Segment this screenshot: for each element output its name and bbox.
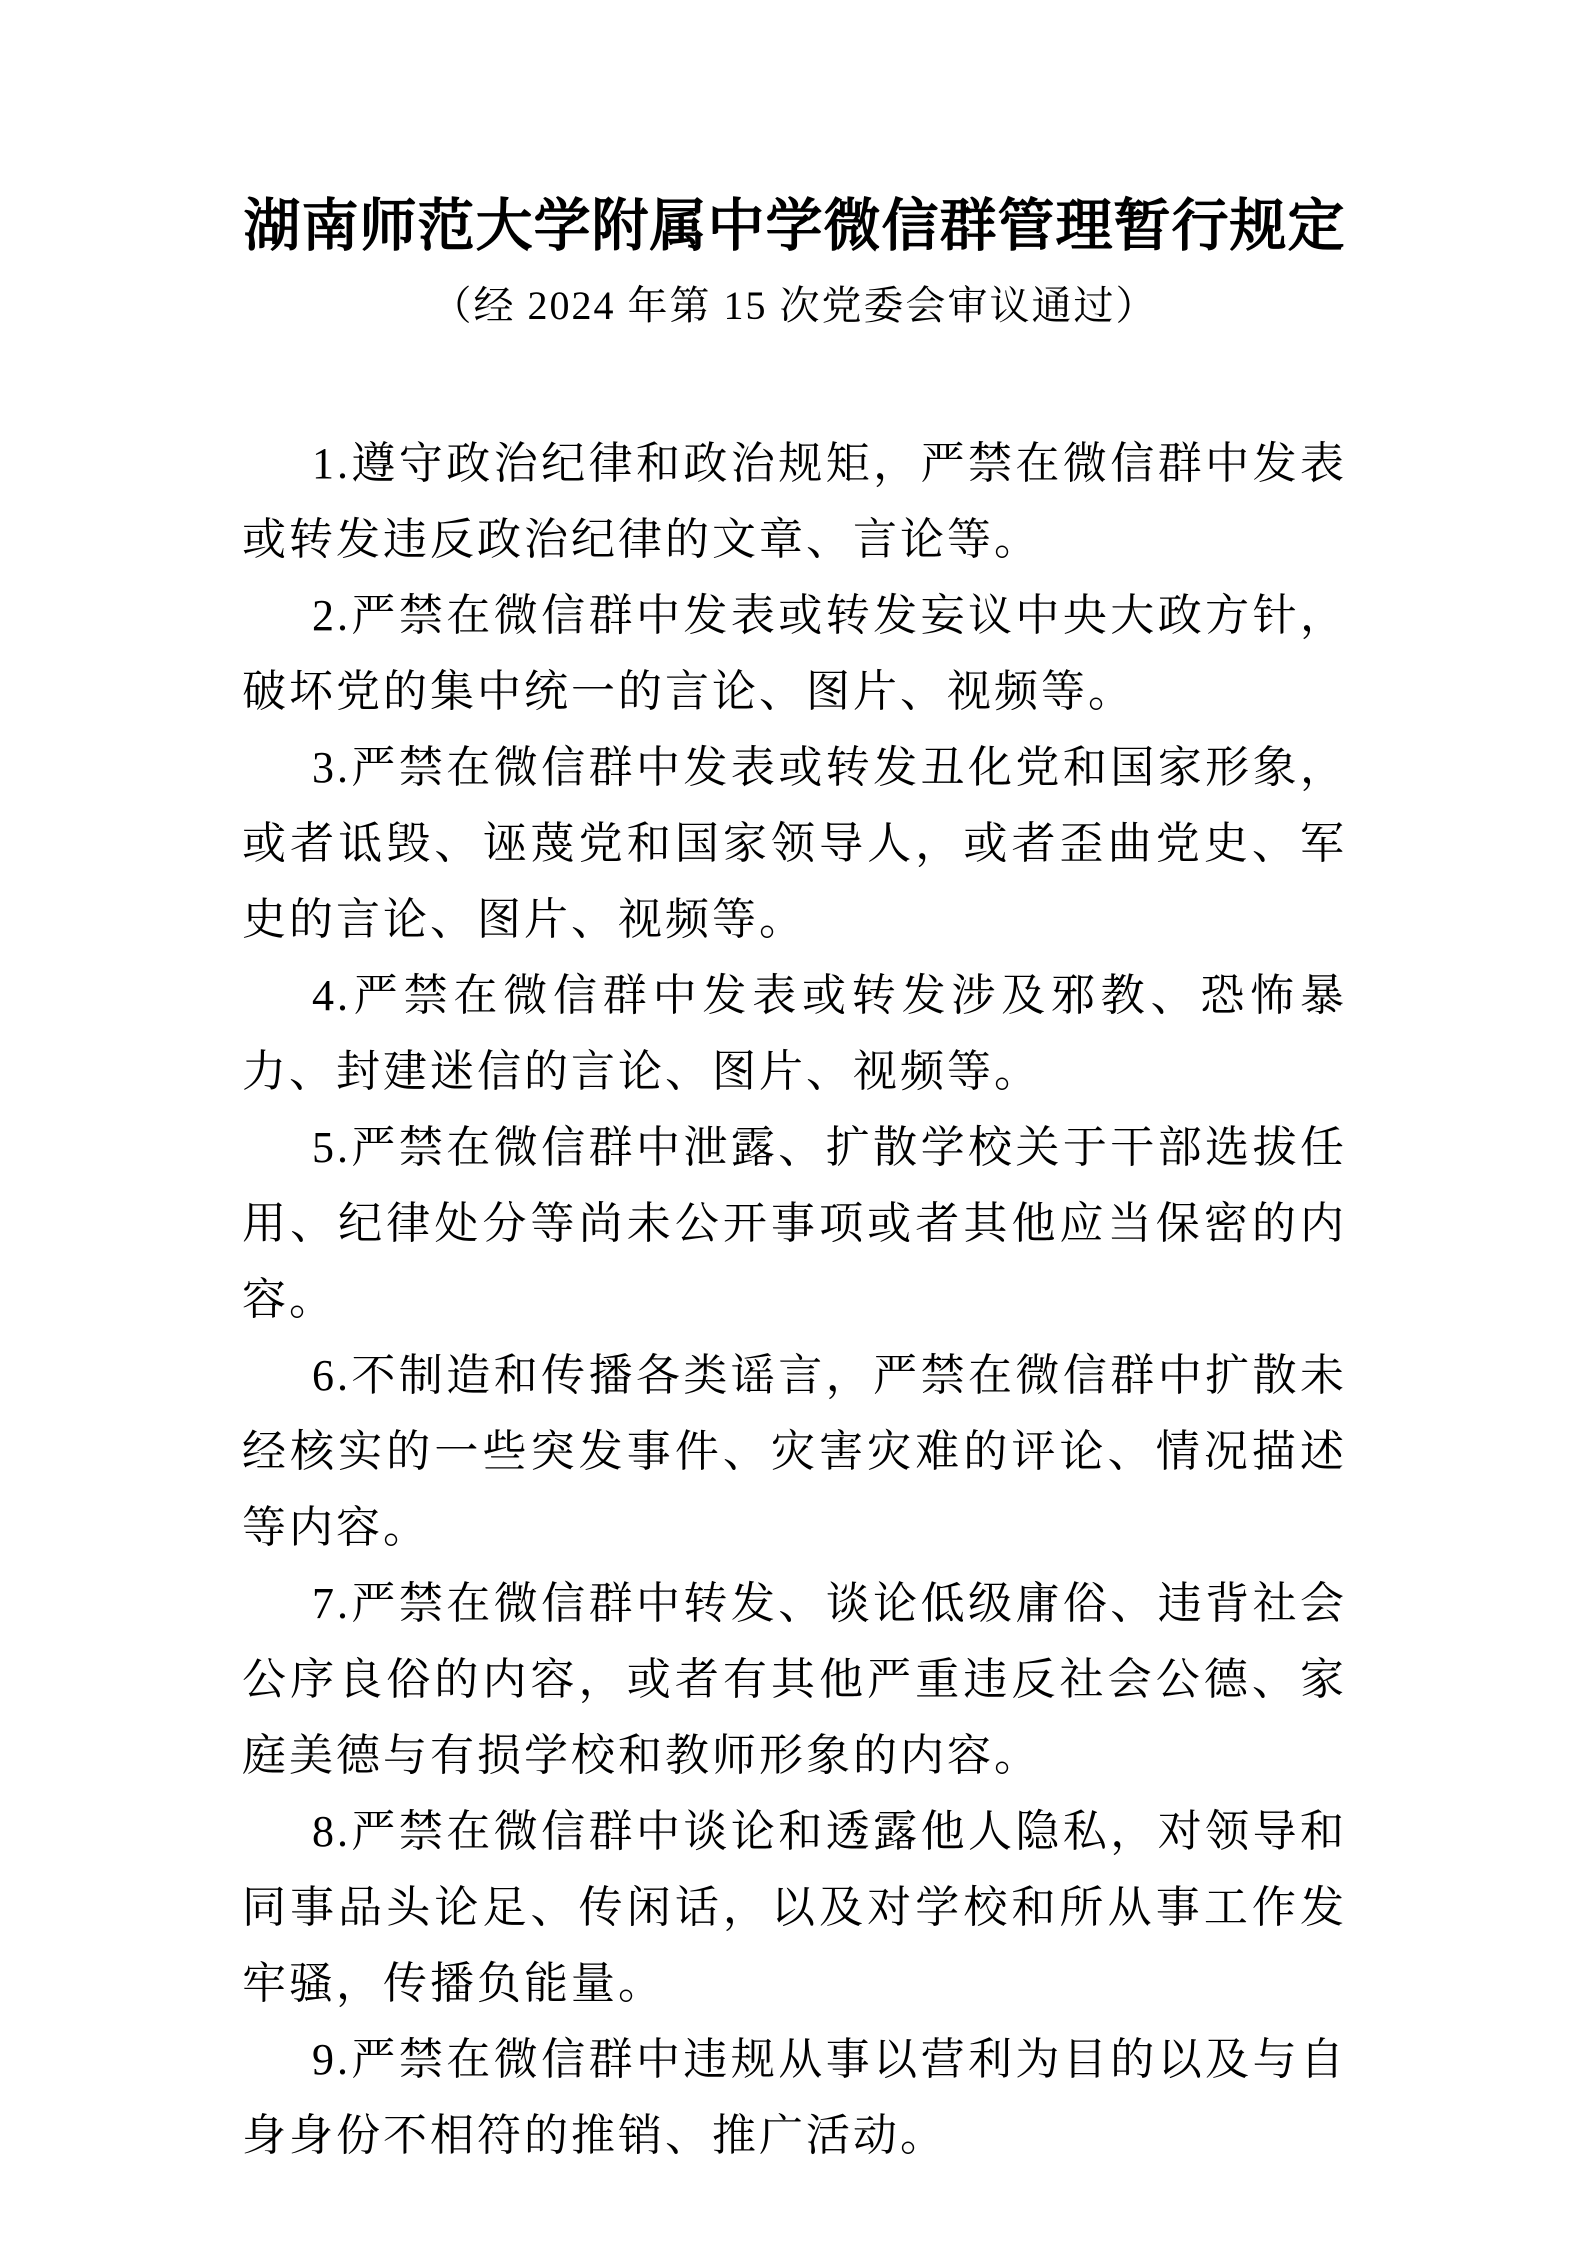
document-body: 1.遵守政治纪律和政治规矩，严禁在微信群中发表或转发违反政治纪律的文章、言论等。… — [242, 426, 1347, 2174]
paragraph: 2.严禁在微信群中发表或转发妄议中央大政方针，破坏党的集中统一的言论、图片、视频… — [242, 578, 1347, 730]
document-content: 湖南师范大学附属中学微信群管理暂行规定 （经 2024 年第 15 次党委会审议… — [242, 0, 1347, 2174]
paragraph: 1.遵守政治纪律和政治规矩，严禁在微信群中发表或转发违反政治纪律的文章、言论等。 — [242, 426, 1347, 578]
paragraph: 3.严禁在微信群中发表或转发丑化党和国家形象，或者诋毁、诬蔑党和国家领导人，或者… — [242, 730, 1347, 958]
paragraph: 8.严禁在微信群中谈论和透露他人隐私，对领导和同事品头论足、传闲话，以及对学校和… — [242, 1794, 1347, 2022]
paragraph: 9.严禁在微信群中违规从事以营利为目的以及与自身身份不相符的推销、推广活动。 — [242, 2022, 1347, 2174]
document-title: 湖南师范大学附属中学微信群管理暂行规定 — [242, 190, 1347, 264]
document-subtitle: （经 2024 年第 15 次党委会审议通过） — [242, 280, 1347, 332]
paragraph: 4.严禁在微信群中发表或转发涉及邪教、恐怖暴力、封建迷信的言论、图片、视频等。 — [242, 958, 1347, 1110]
document-page: 湖南师范大学附属中学微信群管理暂行规定 （经 2024 年第 15 次党委会审议… — [0, 0, 1587, 2245]
paragraph: 6.不制造和传播各类谣言，严禁在微信群中扩散未经核实的一些突发事件、灾害灾难的评… — [242, 1338, 1347, 1566]
paragraph: 7.严禁在微信群中转发、谈论低级庸俗、违背社会公序良俗的内容，或者有其他严重违反… — [242, 1566, 1347, 1794]
paragraph: 5.严禁在微信群中泄露、扩散学校关于干部选拔任用、纪律处分等尚未公开事项或者其他… — [242, 1110, 1347, 1338]
